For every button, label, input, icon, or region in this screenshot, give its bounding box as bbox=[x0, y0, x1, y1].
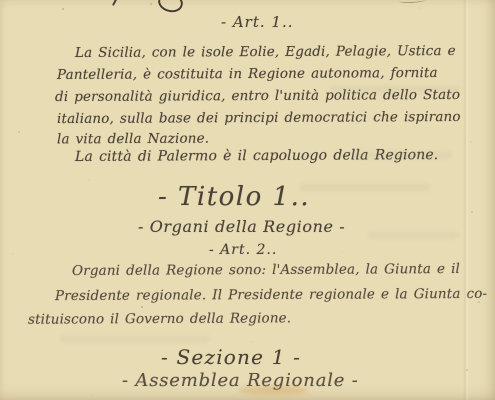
art2-line-2: Presidente regionale. Il Presidente regi… bbox=[55, 286, 487, 304]
foxing-specks bbox=[0, 0, 2, 2]
art2-heading: - Art. 2.. bbox=[209, 242, 277, 258]
art1-line-1: La Sicilia, con le isole Eolie, Egadi, P… bbox=[75, 43, 456, 61]
faint-top-mark bbox=[399, 0, 425, 4]
art1-line-4: italiano, sulla base dei principi democr… bbox=[57, 109, 461, 127]
paper-crease bbox=[463, 0, 469, 400]
art1-line-2: Pantelleria, è costituita in Regione aut… bbox=[57, 65, 438, 83]
art2-line-3: stituiscono il Governo della Regione. bbox=[28, 310, 291, 327]
bleed-through-mark bbox=[330, 86, 460, 92]
titolo-heading: - Titolo 1.. bbox=[158, 182, 310, 212]
bleed-through-mark bbox=[352, 152, 452, 158]
cutoff-descender-strokes bbox=[0, 0, 495, 14]
ink-stain bbox=[238, 386, 308, 395]
descender-loop bbox=[156, 0, 185, 15]
sezione-heading: - Sezione 1 - bbox=[161, 345, 301, 369]
art1-line-5: la vita della Nazione. bbox=[57, 131, 209, 148]
descender-stroke bbox=[112, 0, 118, 6]
organi-subheading: - Organi della Regione - bbox=[138, 217, 345, 236]
art1-heading: - Art. 1.. bbox=[221, 13, 293, 31]
manuscript-page: - Art. 1.. La Sicilia, con le isole Eoli… bbox=[0, 0, 495, 400]
art2-line-1: Organi della Regione sono: l'Assemblea, … bbox=[72, 261, 460, 279]
bleed-through-mark bbox=[368, 232, 458, 238]
bleed-through-mark bbox=[60, 336, 210, 342]
bleed-through-mark bbox=[300, 184, 430, 191]
